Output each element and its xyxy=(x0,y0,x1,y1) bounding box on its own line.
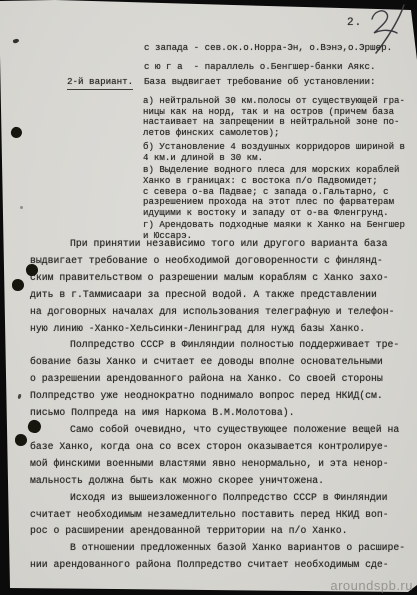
text-line: бование базы Ханко и считает ее доводы в… xyxy=(30,354,396,371)
text-line: идущими к востоку и западу от о-ва Фленг… xyxy=(143,208,413,219)
requirement-items: а) нейтральной 30 км.полосы от существую… xyxy=(143,96,413,242)
text-line: ским правительством о разрешении малым к… xyxy=(30,270,396,287)
text-line: нии арендованного района Полпредство счи… xyxy=(30,557,396,574)
text-line: б) Установление 4 воздушных корридоров ш… xyxy=(143,142,413,153)
item-b: б) Установление 4 воздушных корридоров ш… xyxy=(143,142,413,163)
text-line: базе Ханко, когда она со всех сторон ока… xyxy=(30,439,396,456)
text-line: летов финских самолетов); xyxy=(143,128,413,139)
text-line: Исходя из вышеизложенного Полпредство СС… xyxy=(30,490,396,507)
text-line: мой финскими военными властями явно нено… xyxy=(30,456,396,473)
text-line: мальность должна быть как можно скорее у… xyxy=(30,473,396,490)
paragraph: Само собой очевидно, что существующее по… xyxy=(30,422,396,490)
text-line: выдвигает требование о необходимой догов… xyxy=(30,253,396,270)
text-line: дить в г.Таммисаари за пресной водой. А … xyxy=(30,287,396,304)
text-line: Само собой очевидно, что существующее по… xyxy=(30,422,396,439)
text-line: письмо Полпреда на имя Наркома В.М.Молот… xyxy=(30,405,396,422)
variant-label: 2-й вариант. xyxy=(67,76,133,90)
text-line: В отношении предложенных базой Ханко вар… xyxy=(30,540,396,557)
text-line: Полпредство СССР в Финляндии полностью п… xyxy=(30,337,396,354)
paper-speck xyxy=(20,206,23,209)
variant-intro: База выдвигает требование об установлени… xyxy=(144,76,376,87)
boundary-description: с запада - сев.ок.о.Норра-Эн, о.Вэнэ,о.Э… xyxy=(144,38,392,76)
paragraph: Полпредство СССР в Финляндии полностью п… xyxy=(30,337,396,422)
item-c: в) Выделение водного плеса для морских к… xyxy=(143,165,413,219)
text-line: При принятии независимо того или другого… xyxy=(30,236,396,253)
text-line: считает необходимым незамедлительно пост… xyxy=(30,507,396,524)
text-line: на договорных началах для использования … xyxy=(30,304,396,321)
text-line: рос о расширении арендованной территории… xyxy=(30,523,396,540)
item-a: а) нейтральной 30 км.полосы от существую… xyxy=(143,96,413,139)
text-line: о разрешении арендованного района на Хан… xyxy=(30,371,396,388)
paragraph: Исходя из вышеизложенного Полпредство СС… xyxy=(30,490,396,541)
body-paragraphs: При принятии независимо того или другого… xyxy=(30,236,396,574)
ink-blot xyxy=(12,279,24,291)
text-line: ную линию -Ханко-Хельсинки-Ленинград для… xyxy=(30,321,396,338)
paragraph: В отношении предложенных базой Ханко вар… xyxy=(30,540,396,574)
text-line: 4 км.и длиной в 30 км. xyxy=(143,153,413,164)
paragraph: При принятии независимо того или другого… xyxy=(30,236,396,337)
scanned-document-page: 2. с запада - сев.ок.о.Норра-Эн, о.Вэнэ,… xyxy=(0,0,417,595)
text-line: с ю г а - параллель о.Бенгшер-банки Аякс… xyxy=(144,57,392,76)
text-line: с запада - сев.ок.о.Норра-Эн, о.Вэнэ,о.Э… xyxy=(144,38,392,57)
text-line: Полпредство уже неоднократно поднимало в… xyxy=(30,388,396,405)
ink-blot xyxy=(15,434,27,446)
watermark: aroundspb.ru xyxy=(330,578,413,593)
